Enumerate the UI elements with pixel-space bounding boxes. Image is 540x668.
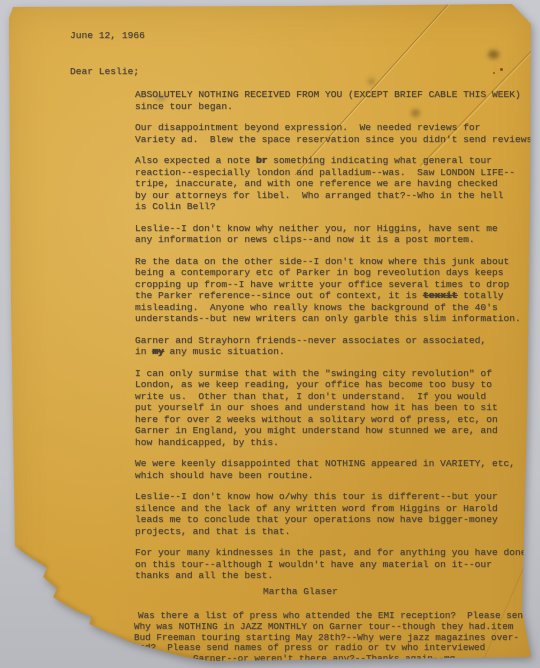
letter-paragraph: Garner and Strayhorn friends--never asso… xyxy=(135,335,537,358)
letter-line: any information or news clips--and now i… xyxy=(135,234,537,246)
letter-line: by our attorneys for libel. Who arranged… xyxy=(135,190,537,202)
letter-paragraph: Leslie--I don't know why neither you, no… xyxy=(135,223,537,246)
letter-line: I can only surmise that with the "swingi… xyxy=(135,368,537,380)
letter-line: Also expected a note br something indica… xyxy=(135,155,537,167)
letter-line: Variety ad. Blew the space reservation s… xyxy=(135,134,537,146)
letter-line: on this tour--although I wouldn't have a… xyxy=(135,559,537,571)
letter-line: projects, and that is that. xyxy=(135,526,537,538)
letter-line: cropping up from--I have writte your off… xyxy=(135,279,537,291)
signature-martha-glaser: Martha Glaser xyxy=(263,586,338,598)
letter-line: thanks and all the best. xyxy=(135,570,537,582)
letter-line: being a contemporary etc of Parker in bo… xyxy=(135,267,537,279)
ink-stain xyxy=(368,78,375,85)
letter-paragraph: Our disappointment beyond expression. We… xyxy=(135,122,537,145)
letter-line: leads me to conclude that your operation… xyxy=(135,514,537,526)
letter-salutation: Dear Leslie; xyxy=(70,66,139,78)
letter-line: is Colin Bell? xyxy=(135,201,537,213)
letter-line: Garner in England, you might understand … xyxy=(135,425,537,437)
letter-paragraph: We were keenly disappointed that NOTHING… xyxy=(135,458,537,481)
overstruck-word: br xyxy=(256,155,268,166)
letter-date: June 12, 1966 xyxy=(70,30,145,42)
letter-line: tripe, inaccurate, and with one referenc… xyxy=(135,178,537,190)
letter-paper: June 12, 1966 Dear Leslie; ABSOLUTELY NO… xyxy=(0,0,540,668)
letter-line: For your many kindnesses in the past, an… xyxy=(135,547,537,559)
letter-body: ABSOLUTELY NOTHING RECEIVED FROM YOU (EX… xyxy=(135,89,537,592)
letter-paragraph: I can only surmise that with the "swingi… xyxy=(135,368,537,449)
letter-line: silence and the lack of any written word… xyxy=(135,503,537,515)
letter-line: London, as we keep reading, your office … xyxy=(135,379,537,391)
letter-line: Re the data on the other side--I don't k… xyxy=(135,256,537,268)
letter-line: Leslie--I don't know how o/why this tour… xyxy=(135,491,537,503)
letter-line: write us. Other than that, I don't under… xyxy=(135,391,537,403)
paper-shadow: June 12, 1966 Dear Leslie; ABSOLUTELY NO… xyxy=(0,0,540,668)
letter-line: ABSOLUTELY NOTHING RECEIVED FROM YOU (EX… xyxy=(135,89,537,101)
letter-line: We were keenly disappointed that NOTHING… xyxy=(135,458,537,470)
letter-line: misleading. Anyone who really knows the … xyxy=(135,302,537,314)
ink-speck xyxy=(500,68,503,71)
letter-paragraph: Also expected a note br something indica… xyxy=(135,155,537,213)
letter-line: reaction--especially london and palladiu… xyxy=(135,167,537,179)
letter-line: Our disappointment beyond expression. We… xyxy=(135,122,537,134)
letter-scan: June 12, 1966 Dear Leslie; ABSOLUTELY NO… xyxy=(0,0,540,668)
letter-line: Garner and Strayhorn friends--never asso… xyxy=(135,335,537,347)
struckthrough-word: my xyxy=(152,346,164,357)
letter-paragraph: For your many kindnesses in the past, an… xyxy=(135,547,537,582)
ink-speck xyxy=(493,72,495,74)
letter-line: understands--but new writers can only ga… xyxy=(135,313,537,325)
letter-paragraph: Re the data on the other side--I don't k… xyxy=(135,256,537,325)
line-text: totally xyxy=(457,290,503,301)
line-text: Also expected a note xyxy=(135,155,256,166)
line-text: something indicating what general tour xyxy=(267,155,492,166)
letter-line: in my any music situation. xyxy=(135,346,537,358)
ink-stain xyxy=(488,50,499,59)
letter-line: here for over 2 weeks without a solitary… xyxy=(135,414,537,426)
line-text: in xyxy=(135,346,152,357)
postscript-line: Why was NOTHING in JAZZ MONTHLY on Garne… xyxy=(117,622,534,633)
line-text: the Parker reference--since out of conte… xyxy=(135,290,423,301)
postscript: Was there a list of press who attended t… xyxy=(117,611,534,665)
letter-line: how handicapped, by this. xyxy=(135,437,537,449)
ink-speck xyxy=(531,155,535,159)
postscript-line: Garner--or weren't there any?--Thanks ag… xyxy=(117,654,534,665)
letter-line: which should have been routine. xyxy=(135,470,537,482)
struckthrough-word: texxit xyxy=(423,290,458,301)
letter-paragraph: ABSOLUTELY NOTHING RECEIVED FROM YOU (EX… xyxy=(135,89,537,112)
letter-line: the Parker reference--since out of conte… xyxy=(135,290,537,302)
letter-paragraph: Leslie--I don't know how o/why this tour… xyxy=(135,491,537,537)
letter-line: since tour began. xyxy=(135,101,537,113)
letter-line: put yourself in our shoes and understand… xyxy=(135,402,537,414)
line-text: any music situation. xyxy=(164,346,285,357)
letter-line: Leslie--I don't know why neither you, no… xyxy=(135,223,537,235)
